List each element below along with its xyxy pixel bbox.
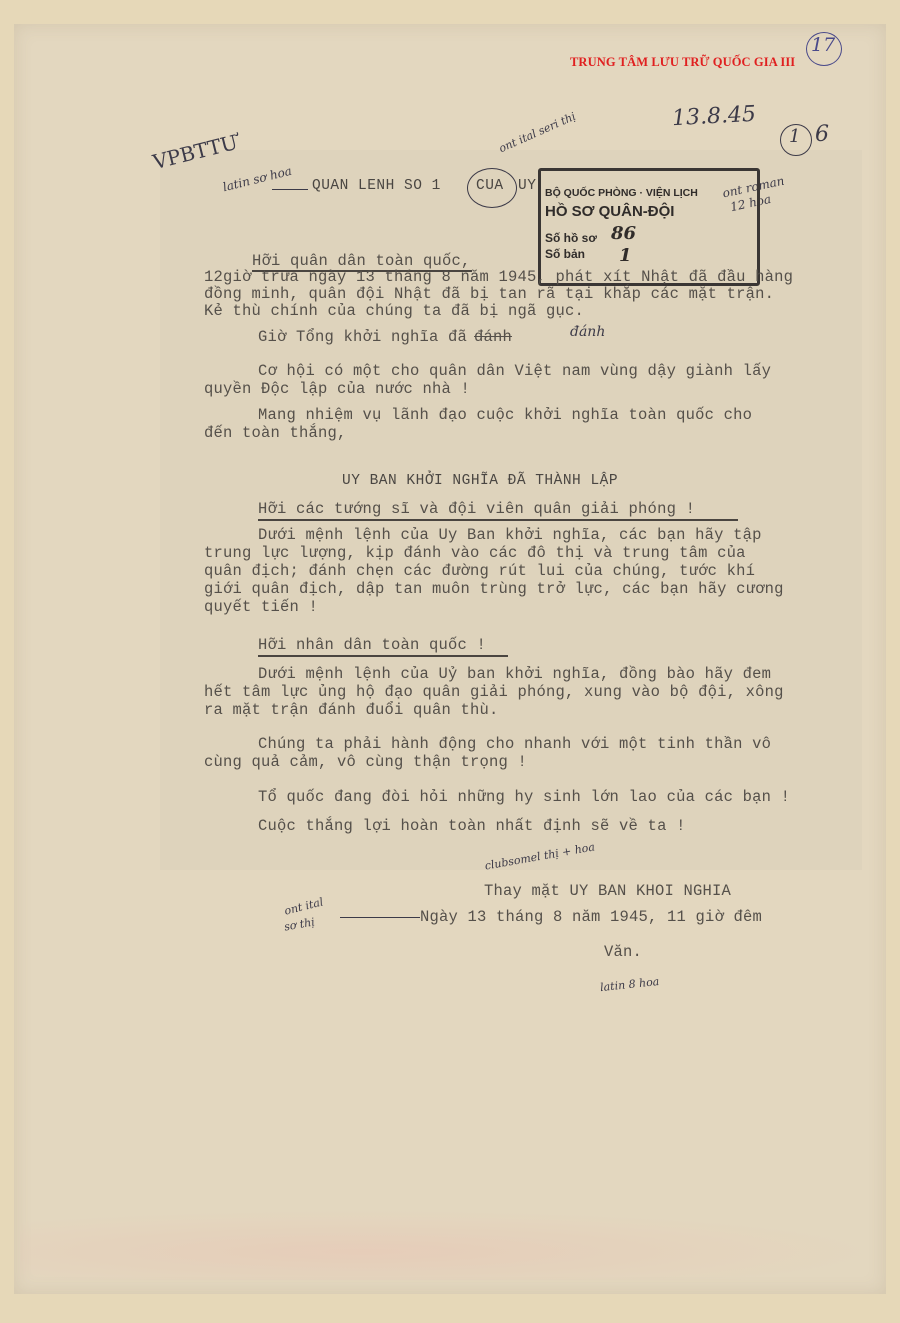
para-5-line-2: trung lực lượng, kịp đánh vào các đô thị… bbox=[204, 544, 746, 562]
handwritten-date: 13.8.45 bbox=[671, 102, 756, 131]
arrow-to-date bbox=[340, 917, 420, 918]
stamp-line-4-value: 1 bbox=[619, 245, 632, 266]
para-1-line-2: đồng minh, quân đội Nhật đã bị tan rã tạ… bbox=[204, 285, 774, 303]
correction-word: đánh bbox=[570, 324, 605, 340]
para-4-line-1: Mang nhiệm vụ lãnh đạo cuộc khởi nghĩa t… bbox=[258, 406, 752, 424]
para-1-line-3: Kẻ thù chính của chúng ta đã bị ngã gục. bbox=[204, 302, 584, 320]
paper-stain bbox=[20, 1210, 880, 1280]
stamp-line-3-value: 86 bbox=[611, 223, 636, 244]
order-title-suffix: UY bbox=[518, 178, 536, 194]
para-2: Giờ Tổng khởi nghĩa đã bbox=[258, 328, 467, 346]
para-9: Cuộc thắng lợi hoàn toàn nhất định sẽ về… bbox=[258, 817, 686, 835]
committee-heading: UY BAN KHỞI NGHĨA ĐÃ THÀNH LẬP bbox=[342, 473, 618, 489]
stamp-line-2: HỒ SƠ QUÂN-ĐỘI bbox=[545, 203, 674, 220]
order-title-prefix: QUAN LENH SO 1 bbox=[312, 178, 441, 194]
para-5-line-5: quyết tiến ! bbox=[204, 598, 318, 616]
para-6-line-1: Dưới mệnh lệnh của Uỷ ban khởi nghĩa, đồ… bbox=[258, 665, 771, 683]
para-7-line-2: cùng quả cảm, vô cùng thận trọng ! bbox=[204, 753, 527, 771]
salutation-soldiers: Hỡi các tướng sĩ và đội viên quân giải p… bbox=[258, 500, 695, 518]
arrow-to-title bbox=[272, 189, 308, 190]
archive-header: TRUNG TÂM LƯU TRỮ QUỐC GIA III bbox=[570, 55, 795, 70]
para-7-line-1: Chúng ta phải hành động cho nhanh với mộ… bbox=[258, 735, 771, 753]
signature-on-behalf: Thay mặt UY BAN KHOI NGHIA bbox=[484, 882, 731, 900]
para-5-line-1: Dưới mệnh lệnh của Uy Ban khởi nghĩa, cá… bbox=[258, 526, 762, 544]
para-3-line-2: quyền Độc lập của nước nhà ! bbox=[204, 380, 470, 398]
para-5-line-4: giới quân địch, dập tan muôn trùng trở l… bbox=[204, 580, 784, 598]
salutation-people-underline bbox=[258, 655, 508, 657]
para-8: Tổ quốc đang đòi hỏi những hy sinh lớn l… bbox=[258, 788, 790, 806]
para-6-line-2: hết tâm lực ủng hộ đạo quân giải phóng, … bbox=[204, 683, 784, 701]
para-3-line-1: Cơ hội có một cho quân dân Việt nam vùng… bbox=[258, 362, 771, 380]
folio-number: 1 bbox=[789, 126, 800, 147]
page-number: 17 bbox=[811, 34, 835, 56]
signature-name: Văn. bbox=[604, 943, 642, 961]
salutation-people: Hỡi nhân dân toàn quốc ! bbox=[258, 636, 486, 654]
order-title-cua: CUA bbox=[476, 178, 504, 194]
stamp-line-1: BỘ QUỐC PHÒNG · VIỆN LỊCH bbox=[545, 187, 698, 199]
salutation-soldiers-underline bbox=[258, 519, 738, 521]
stamp-line-3-label: Số hồ sơ bbox=[545, 231, 597, 245]
para-4-line-2: đến toàn thắng, bbox=[204, 424, 347, 442]
stamp-line-4-label: Số bản bbox=[545, 247, 585, 261]
folio-extra: 6 bbox=[815, 122, 829, 147]
para-5-line-3: quân địch; đánh chẹn các đường rút lui c… bbox=[204, 562, 755, 580]
order-title: QUAN LENH SO 1 bbox=[312, 178, 441, 194]
signature-date: Ngày 13 tháng 8 năm 1945, 11 giờ đêm bbox=[420, 908, 762, 926]
para-1-line-1: 12giờ trưa ngày 13 tháng 8 năm 1945, phá… bbox=[204, 268, 793, 286]
para-2-struck-word: đánh bbox=[474, 328, 512, 346]
para-6-line-3: ra mặt trận đánh đuổi quân thù. bbox=[204, 701, 499, 719]
